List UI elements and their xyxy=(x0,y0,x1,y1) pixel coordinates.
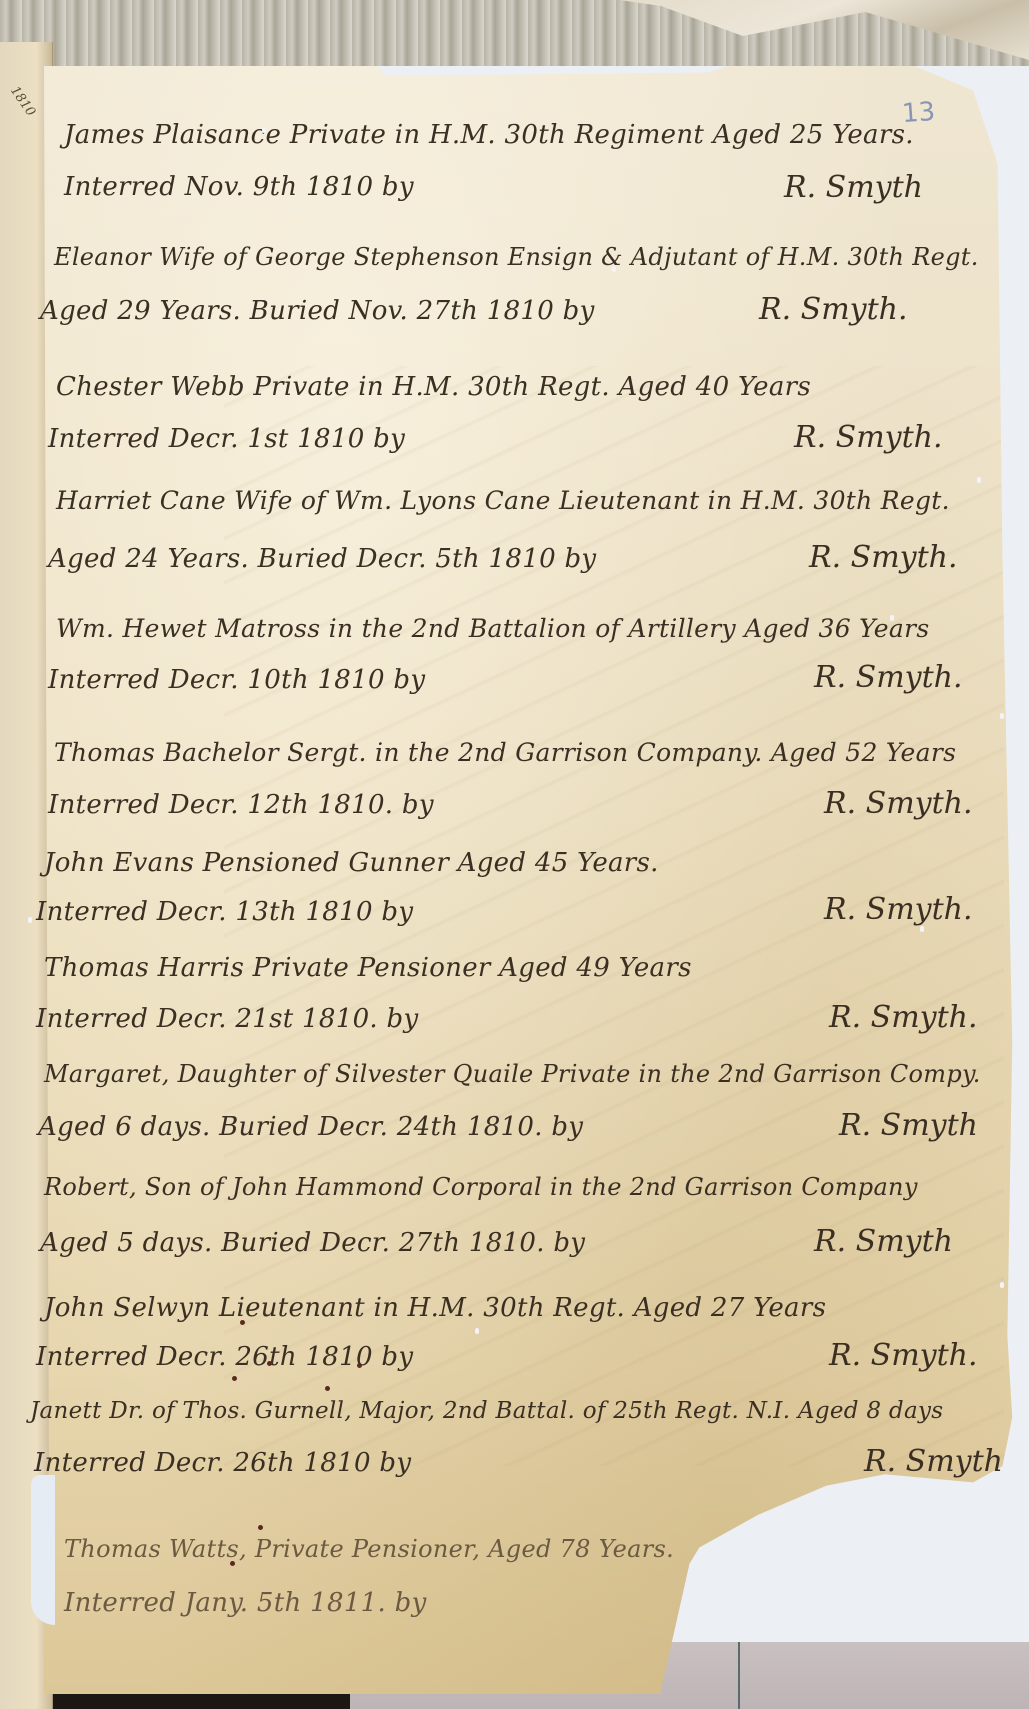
ink-spot xyxy=(258,1525,263,1530)
entry-signature: R. Smyth. xyxy=(814,660,963,695)
entry-line-date: Aged 5 days. Buried Decr. 27th 1810. by xyxy=(40,1228,585,1258)
entry-line-date: Interred Decr. 26th 1810 by xyxy=(36,1342,413,1372)
entry-line-date: Interred Nov. 9th 1810 by xyxy=(64,172,414,202)
entry-line-date: Interred Decr. 21st 1810. by xyxy=(36,1004,418,1034)
page-tear xyxy=(31,1475,55,1625)
entry-line-description: Eleanor Wife of George Stephenson Ensign… xyxy=(54,243,979,271)
paper-hole xyxy=(475,1328,479,1334)
entry-line-description: Chester Webb Private in H.M. 30th Regt. … xyxy=(56,372,811,402)
entry-line-description: Thomas Harris Private Pensioner Aged 49 … xyxy=(44,953,692,983)
entry-signature: R. Smyth. xyxy=(794,420,943,455)
entry-signature: R. Smyth xyxy=(839,1108,978,1143)
entry-signature: R. Smyth. xyxy=(759,292,908,327)
entry-line-description: Robert, Son of John Hammond Corporal in … xyxy=(44,1173,918,1201)
paper-hole xyxy=(1000,1282,1004,1288)
paper-hole xyxy=(890,615,894,621)
entry-signature: R. Smyth xyxy=(864,1444,1003,1479)
entry-line-description: Thomas Watts, Private Pensioner, Aged 78… xyxy=(64,1535,674,1563)
entry-line-date: Aged 6 days. Buried Decr. 24th 1810. by xyxy=(38,1112,583,1142)
entry-line-description: John Selwyn Lieutenant in H.M. 30th Regt… xyxy=(44,1293,826,1323)
entry-line-description: John Evans Pensioned Gunner Aged 45 Year… xyxy=(44,848,659,878)
entry-line-date: Interred Decr. 26th 1810 by xyxy=(34,1448,411,1478)
entry-signature: R. Smyth. xyxy=(824,786,973,821)
entry-signature: R. Smyth. xyxy=(809,540,958,575)
paper-hole xyxy=(1000,713,1004,719)
ink-spot xyxy=(230,1561,235,1566)
entry-line-description: James Plaisance Private in H.M. 30th Reg… xyxy=(64,120,914,150)
ink-spot xyxy=(240,1320,245,1325)
floor-seam xyxy=(738,1642,740,1709)
ink-spot xyxy=(357,1363,362,1368)
entry-line-date: Aged 29 Years. Buried Nov. 27th 1810 by xyxy=(40,296,595,326)
entry-line-date: Interred Decr. 13th 1810 by xyxy=(36,897,413,927)
entry-line-description: Thomas Bachelor Sergt. in the 2nd Garris… xyxy=(54,738,956,767)
entry-signature: R. Smyth. xyxy=(829,1338,978,1373)
entry-line-description: Margaret, Daughter of Silvester Quaile P… xyxy=(44,1060,981,1088)
paper-hole xyxy=(28,917,32,923)
entry-line-date: Interred Decr. 10th 1810 by xyxy=(48,665,425,695)
entry-line-description: Harriet Cane Wife of Wm. Lyons Cane Lieu… xyxy=(56,486,950,515)
paper-hole xyxy=(920,926,924,932)
paper-hole xyxy=(612,266,616,272)
entry-signature: R. Smyth xyxy=(814,1224,953,1259)
entry-line-date: Interred Decr. 12th 1810. by xyxy=(48,790,434,820)
paper-hole xyxy=(262,127,266,133)
margin-year-note: 1810 xyxy=(7,84,38,120)
paper-hole xyxy=(977,477,981,483)
ink-spot xyxy=(267,1361,272,1366)
entry-line-date: Interred Decr. 1st 1810 by xyxy=(48,424,405,454)
entry-line-description: Wm. Hewet Matross in the 2nd Battalion o… xyxy=(56,614,929,643)
entry-signature: R. Smyth. xyxy=(824,892,973,927)
entry-line-description: Janett Dr. of Thos. Gurnell, Major, 2nd … xyxy=(30,1398,943,1424)
entry-signature: R. Smyth xyxy=(784,170,923,205)
entry-line-date: Aged 24 Years. Buried Decr. 5th 1810 by xyxy=(48,544,596,574)
entry-line-date: Interred Jany. 5th 1811. by xyxy=(64,1588,427,1618)
ink-spot xyxy=(232,1376,237,1381)
ink-spot xyxy=(325,1386,330,1391)
entry-signature: R. Smyth. xyxy=(829,1000,978,1035)
